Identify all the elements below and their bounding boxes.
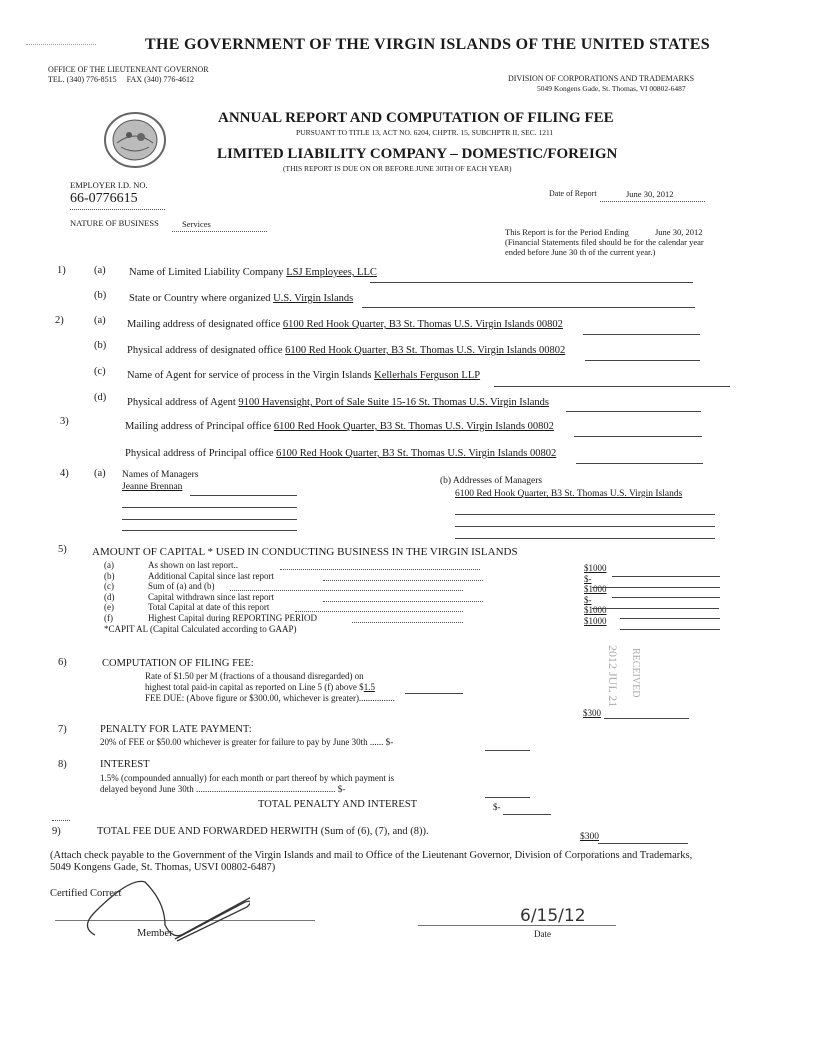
agent-name-value: Kellerhals Ferguson LLP <box>374 370 480 381</box>
total-penalty-label: TOTAL PENALTY AND INTEREST <box>258 799 417 810</box>
item-letter: (a) <box>94 315 106 326</box>
penalty-line: 20% of FEE or $50.00 whichever is greate… <box>100 737 393 747</box>
state-label: State or Country where organized U.S. Vi… <box>129 293 353 304</box>
date-of-report-label: Date of Report <box>549 189 597 198</box>
division-name: DIVISION OF CORPORATIONS AND TRADEMARKS <box>508 74 694 83</box>
penalty-value: - <box>390 737 393 747</box>
item-number-6: 6) <box>58 657 67 668</box>
item-number-8: 8) <box>58 759 67 770</box>
agent-address-value: 9100 Havensight, Port of Sale Suite 15-1… <box>238 397 549 408</box>
period-note-1: (Financial Statements filed should be fo… <box>505 237 704 247</box>
employer-id-label: EMPLOYER I.D. NO. <box>70 180 148 190</box>
nature-of-business-value: Services <box>182 219 211 229</box>
item-number-7: 7) <box>58 724 67 735</box>
item-number-1: 1) <box>57 265 66 276</box>
agent-address-label: Physical address of Agent 9100 Havensigh… <box>127 397 549 408</box>
period-note-2: ended before June 30 th of the current y… <box>505 247 655 257</box>
interest-heading: INTEREST <box>100 759 150 770</box>
interest-line-1: 1.5% (compounded annually) for each mont… <box>100 773 394 783</box>
fee-due-value: $300 <box>583 708 601 718</box>
fee-due-line: FEE DUE: (Above figure or $300.00, which… <box>145 693 395 703</box>
item-letter: (d) <box>94 392 106 403</box>
total-penalty-value: $- <box>493 802 501 812</box>
government-title: THE GOVERNMENT OF THE VIRGIN ISLANDS OF … <box>145 36 710 54</box>
principal-mailing-value: 6100 Red Hook Quarter, B3 St. Thomas U.S… <box>274 421 554 432</box>
employer-id-value: 66-0776615 <box>70 191 138 207</box>
capital-row-label: Total Capital at date of this report <box>148 602 317 613</box>
item-number-4: 4) <box>60 468 69 479</box>
nature-of-business-label: NATURE OF BUSINESS <box>70 218 159 228</box>
item-letter: (a) <box>94 468 106 479</box>
capital-value: $- <box>584 595 607 606</box>
division-address: 5049 Kongens Gade, St. Thomas, VI 00802-… <box>537 84 686 93</box>
item-letter: (a) <box>94 265 106 276</box>
total-fee-label: TOTAL FEE DUE AND FORWARDED HERWITH (Sum… <box>97 826 429 837</box>
total-fee-value: $300 <box>580 832 599 842</box>
capital-row-label: Highest Capital during REPORTING PERIOD <box>148 613 317 624</box>
physical-address-label: Physical address of designated office 61… <box>127 345 565 356</box>
llc-name-label: Name of Limited Liability Company LSJ Em… <box>129 267 377 278</box>
period-value: June 30, 2012 <box>655 227 702 237</box>
form-title: ANNUAL REPORT AND COMPUTATION OF FILING … <box>218 110 614 127</box>
capital-values: $1000 $- $1000 $- $1000 $1000 <box>584 563 607 626</box>
item-number-3: 3) <box>60 416 69 427</box>
form-subtitle: LIMITED LIABILITY COMPANY – DOMESTIC/FOR… <box>217 146 617 163</box>
capital-row-label: Capital withdrawn since last report <box>148 592 317 603</box>
mailing-address-label: Mailing address of designated office 610… <box>127 319 563 330</box>
mailing-address-value: 6100 Red Hook Quarter, B3 St. Thomas U.S… <box>283 319 563 330</box>
capital-value: $1000 <box>584 584 607 595</box>
office-name: OFFICE OF THE LIEUTENEANT GOVERNOR <box>48 65 209 74</box>
manager-addresses-label: (b) Addresses of Managers <box>440 476 542 486</box>
date-of-report-value: June 30, 2012 <box>626 189 673 199</box>
fee-capital-value: 1.5 <box>364 682 375 692</box>
physical-address-value: 6100 Red Hook Quarter, B3 St. Thomas U.S… <box>285 345 565 356</box>
llc-name-value: LSJ Employees, LLC <box>286 267 377 278</box>
fee-capital-line: highest total paid-in capital as reporte… <box>145 682 375 692</box>
agent-name-label: Name of Agent for service of process in … <box>127 370 480 381</box>
fee-computation-heading: COMPUTATION OF FILING FEE: <box>102 658 254 669</box>
managers-label: Names of Managers <box>122 470 199 480</box>
capital-value: $1000 <box>584 563 607 574</box>
capital-value: $1000 <box>584 605 607 616</box>
item-number-5: 5) <box>58 544 67 555</box>
received-stamp: 2012 JUL 21 <box>605 645 620 707</box>
item-letter: (c) <box>94 366 106 377</box>
item-number-2: 2) <box>55 315 64 326</box>
item-number-9: 9) <box>52 826 61 837</box>
attach-instructions-2: 5049 Kongens Gade, St. Thomas, USVI 0080… <box>50 862 275 873</box>
capital-value: $1000 <box>584 616 607 627</box>
capital-row-label: Additional Capital since last report <box>148 571 317 582</box>
interest-line-2: delayed beyond June 30th ...............… <box>100 784 345 794</box>
government-seal <box>103 111 167 169</box>
manager-address-value: 6100 Red Hook Quarter, B3 St. Thomas U.S… <box>455 489 682 499</box>
capital-heading: AMOUNT OF CAPITAL * USED IN CONDUCTING B… <box>92 546 518 558</box>
interest-value: - <box>342 784 345 794</box>
attach-instructions-1: (Attach check payable to the Government … <box>50 850 692 861</box>
state-value: U.S. Virgin Islands <box>273 293 353 304</box>
period-label: This Report is for the Period Ending <box>505 227 629 237</box>
penalty-heading: PENALTY FOR LATE PAYMENT: <box>100 724 252 735</box>
principal-physical-value: 6100 Red Hook Quarter, B3 St. Thomas U.S… <box>276 448 556 459</box>
item-letter: (b) <box>94 340 106 351</box>
member-signature <box>75 877 250 947</box>
scan-mark <box>26 44 96 45</box>
principal-mailing-label: Mailing address of Principal office 6100… <box>125 421 554 432</box>
signature-date-value: 6/15/12 <box>520 906 586 926</box>
principal-physical-label: Physical address of Principal office 610… <box>125 448 556 459</box>
fee-rate-line: Rate of $1.50 per M (fractions of a thou… <box>145 671 364 681</box>
seal-icon <box>103 111 167 169</box>
manager-name-value: Jeanne Brennan <box>122 482 182 492</box>
capital-value: $- <box>584 574 607 585</box>
office-phone: TEL. (340) 776-8515 FAX (340) 776-4612 <box>48 75 194 84</box>
capital-footnote: *CAPIT AL (Capital Calculated according … <box>104 624 296 634</box>
item-letter: (b) <box>94 290 106 301</box>
form-pursuant: PURSUANT TO TITLE 13, ACT NO. 6204, CHPT… <box>296 128 553 137</box>
date-label: Date <box>534 929 551 939</box>
capital-letters: (a) (b) (c) (d) (e) (f) <box>104 560 115 623</box>
form-due-note: (THIS REPORT IS DUE ON OR BEFORE JUNE 30… <box>283 164 512 173</box>
received-stamp-text: RECEIVED <box>630 648 641 697</box>
